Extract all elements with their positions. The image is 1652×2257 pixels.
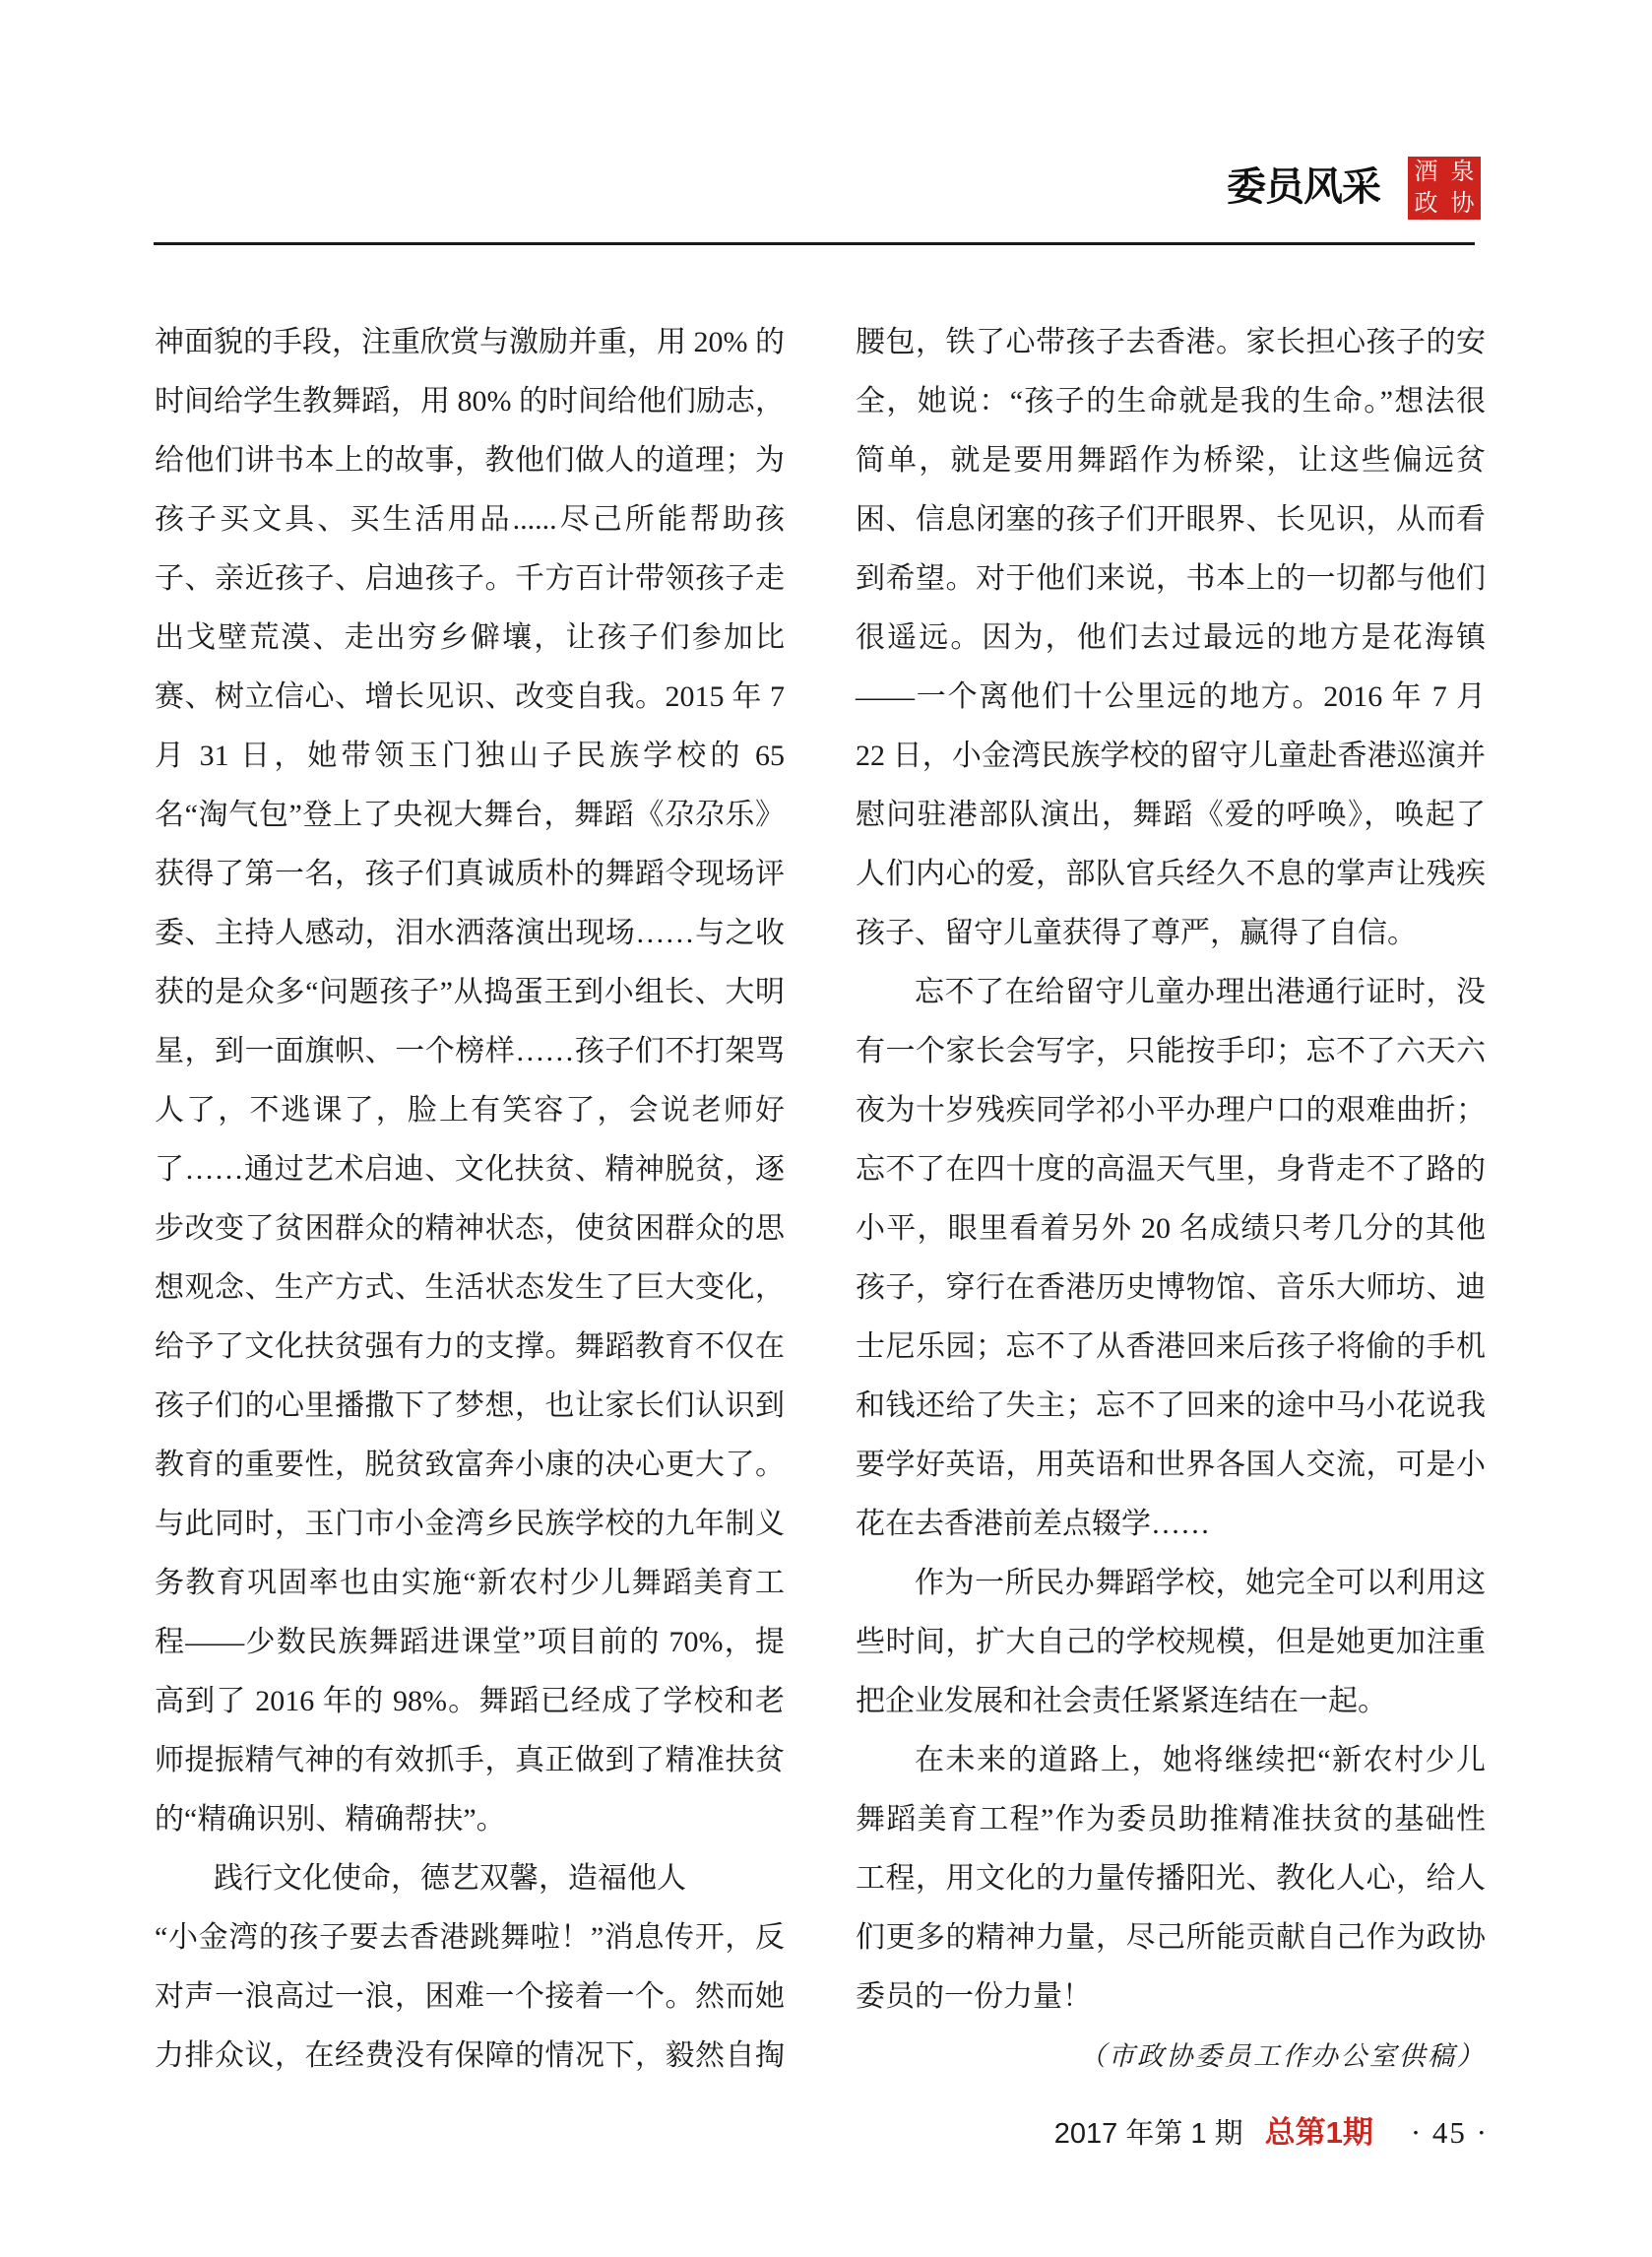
subheading-culture-mission: 践行文化使命，德艺双馨，造福他人 xyxy=(155,1849,785,1908)
magazine-page: 委员风采 酒 泉 政 协 神面貌的手段，注重欣赏与激励并重，用 20% 的时间给… xyxy=(0,0,1652,2257)
attribution-line: （市政协委员工作办公室供稿） xyxy=(856,2027,1486,2086)
paragraph-private-school: 作为一所民办舞蹈学校，她完全可以利用这些时间，扩大自己的学校规模，但是她更加注重… xyxy=(856,1554,1486,1731)
seal-char-1: 酒 xyxy=(1415,161,1438,184)
article-body: 神面貌的手段，注重欣赏与激励并重，用 20% 的时间给学生教舞蹈，用 80% 的… xyxy=(155,313,1486,2090)
footer-issue: 2017 年第 1 期 xyxy=(1054,2111,1243,2152)
paragraph-future-road: 在未来的道路上，她将继续把“新农村少儿舞蹈美育工程”作为委员助推精准扶贫的基础性… xyxy=(856,1731,1486,2027)
paragraph-unforgettable: 忘不了在给留守儿童办理出港通行证时，没有一个家长会写字，只能按手印；忘不了六天六… xyxy=(856,963,1486,1554)
paragraph-continuation: 神面貌的手段，注重欣赏与激励并重，用 20% 的时间给学生教舞蹈，用 80% 的… xyxy=(155,313,785,1849)
footer-cumulative-issue: 总第1期 xyxy=(1265,2107,1373,2152)
footer-page-number: · 45 · xyxy=(1411,2115,1489,2151)
seal-char-4: 协 xyxy=(1451,192,1475,216)
seal-char-2: 泉 xyxy=(1451,161,1475,184)
publisher-seal: 酒 泉 政 协 xyxy=(1408,157,1481,220)
section-title: 委员风采 xyxy=(1227,164,1380,210)
seal-char-3: 政 xyxy=(1415,192,1438,216)
page-footer: 2017 年第 1 期 总第1期 · 45 · xyxy=(1054,2107,1489,2152)
header-divider xyxy=(154,242,1475,245)
